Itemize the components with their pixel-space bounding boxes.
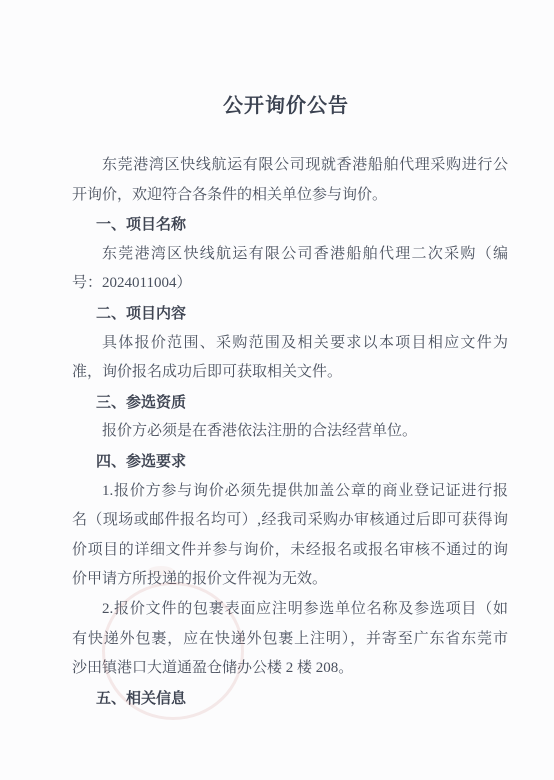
section-heading-requirements: 四、参选要求 — [72, 447, 508, 477]
paragraph-line: 名（现场或邮件报名均可）,经我司采购办审核通过后即可获得询 — [72, 506, 508, 536]
document-body: 东莞港湾区快线航运有限公司现就香港船舶代理采购进行公 开询价，欢迎符合各条件的相… — [72, 151, 508, 713]
paragraph-line: 价项目的详细文件并参与询价，未经报名或报名审核不通过的询 — [72, 536, 508, 566]
paragraph-line: 东莞港湾区快线航运有限公司香港船舶代理二次采购（编 — [72, 240, 508, 270]
section-heading-project-content: 二、项目内容 — [72, 299, 508, 329]
section-heading-project-name: 一、项目名称 — [72, 210, 508, 240]
paragraph-line: 有快递外包裹，应在快递外包裹上注明），并寄至广东省东莞市 — [72, 625, 508, 655]
paragraph-line: 报价方必须是在香港依法注册的合法经营单位。 — [72, 417, 508, 447]
paragraph-line: 号：2024011004） — [72, 269, 508, 299]
paragraph-line: 开询价，欢迎符合各条件的相关单位参与询价。 — [72, 181, 508, 211]
paragraph-line: 1.报价方参与询价必须先提供加盖公章的商业登记证进行报 — [72, 477, 508, 507]
document-page: 公开询价公告 东莞港湾区快线航运有限公司现就香港船舶代理采购进行公 开询价，欢迎… — [0, 0, 554, 780]
paragraph-line: 价甲请方所投递的报价文件视为无效。 — [72, 565, 508, 595]
section-heading-related-info: 五、相关信息 — [72, 684, 508, 714]
paragraph-line: 东莞港湾区快线航运有限公司现就香港船舶代理采购进行公 — [72, 151, 508, 181]
paragraph-line: 沙田镇港口大道通盈仓储办公楼 2 楼 208。 — [72, 654, 508, 684]
page-title: 公开询价公告 — [18, 92, 554, 120]
paragraph-line: 2.报价文件的包裹表面应注明参选单位名称及参选项目（如 — [72, 595, 508, 625]
paragraph-line: 具体报价范围、采购范围及相关要求以本项目相应文件为 — [72, 329, 508, 359]
section-heading-qualification: 三、参选资质 — [72, 388, 508, 418]
paragraph-line: 准，询价报名成功后即可获取相关文件。 — [72, 358, 508, 388]
